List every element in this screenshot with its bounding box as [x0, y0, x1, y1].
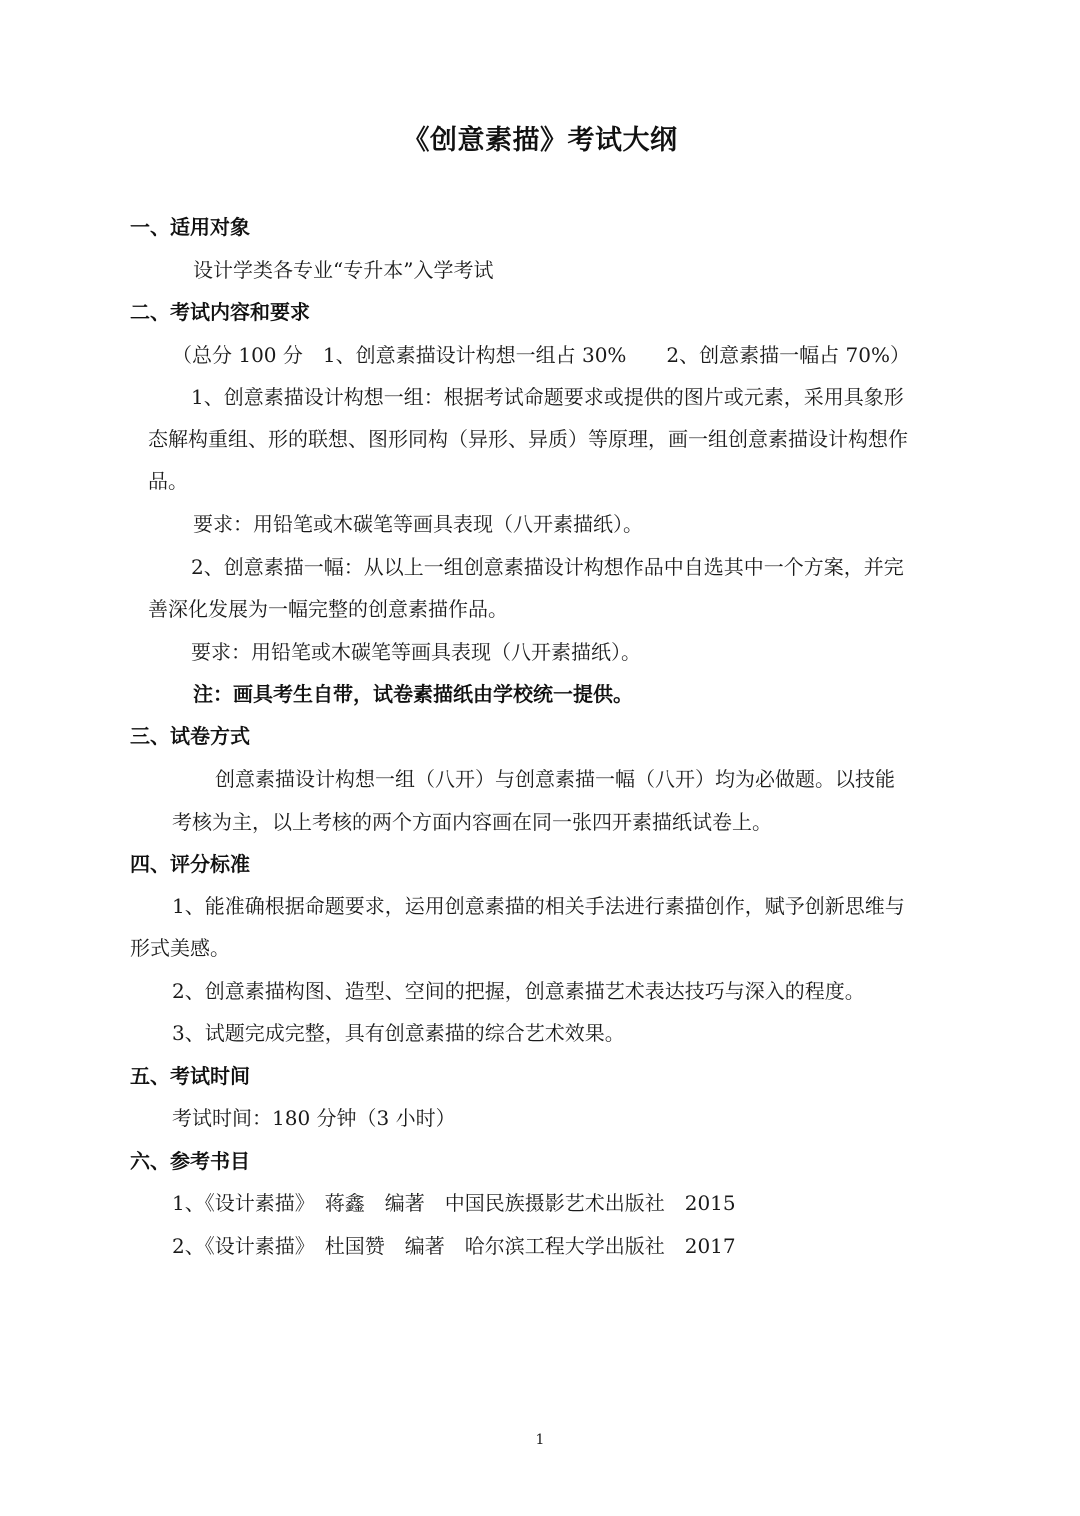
document-page: 《创意素描》考试大纲 一、适用对象 设计学类各专业“专升本”入学考试 二、考试内… — [0, 0, 1080, 1516]
section-heading-references: 六、参考书目 — [130, 1147, 250, 1175]
note-line: 注：画具考生自带，试卷素描纸由学校统一提供。 — [193, 680, 633, 708]
paragraph-line: 3、试题完成完整，具有创意素描的综合艺术效果。 — [172, 1019, 625, 1047]
paragraph-line: 形式美感。 — [130, 934, 230, 962]
page-number: 1 — [0, 1432, 1080, 1448]
paragraph-line: 态解构重组、形的联想、图形同构（异形、异质）等原理，画一组创意素描设计构想作 — [148, 425, 908, 453]
section-heading-scoring: 四、评分标准 — [130, 850, 250, 878]
paragraph-line: 1、能准确根据命题要求，运用创意素描的相关手法进行素描创作，赋予创新思维与 — [172, 892, 905, 920]
paragraph-line: 考核为主，以上考核的两个方面内容画在同一张四开素描纸试卷上。 — [172, 808, 772, 836]
paragraph-line: 1、创意素描设计构想一组：根据考试命题要求或提供的图片或元素，采用具象形 — [191, 383, 904, 411]
paragraph-line: 善深化发展为一幅完整的创意素描作品。 — [148, 595, 508, 623]
paragraph-line: 2、创意素描构图、造型、空间的把握，创意素描艺术表达技巧与深入的程度。 — [172, 977, 865, 1005]
section-heading-format: 三、试卷方式 — [130, 722, 250, 750]
section-heading-time: 五、考试时间 — [130, 1062, 250, 1090]
paragraph-line: 设计学类各专业“专升本”入学考试 — [193, 256, 493, 284]
requirement-line: 要求：用铅笔或木碳笔等画具表现（八开素描纸）。 — [191, 638, 641, 666]
paragraph-line: 创意素描设计构想一组（八开）与创意素描一幅（八开）均为必做题。以技能 — [215, 765, 895, 793]
section-heading-content: 二、考试内容和要求 — [130, 298, 310, 326]
exam-time: 考试时间：180 分钟（3 小时） — [172, 1104, 456, 1132]
document-title: 《创意素描》考试大纲 — [0, 118, 1080, 157]
reference-item: 2、《设计素描》 杜国赞 编著 哈尔滨工程大学出版社 2017 — [172, 1232, 736, 1260]
section-heading-applicable: 一、适用对象 — [130, 213, 250, 241]
score-breakdown: （总分 100 分 1、创意素描设计构想一组占 30% 2、创意素描一幅占 70… — [172, 341, 910, 369]
requirement-line: 要求：用铅笔或木碳笔等画具表现（八开素描纸）。 — [193, 510, 643, 538]
reference-item: 1、《设计素描》 蒋鑫 编著 中国民族摄影艺术出版社 2015 — [172, 1189, 736, 1217]
paragraph-line: 2、创意素描一幅：从以上一组创意素描设计构想作品中自选其中一个方案，并完 — [191, 553, 904, 581]
paragraph-line: 品。 — [148, 467, 188, 495]
